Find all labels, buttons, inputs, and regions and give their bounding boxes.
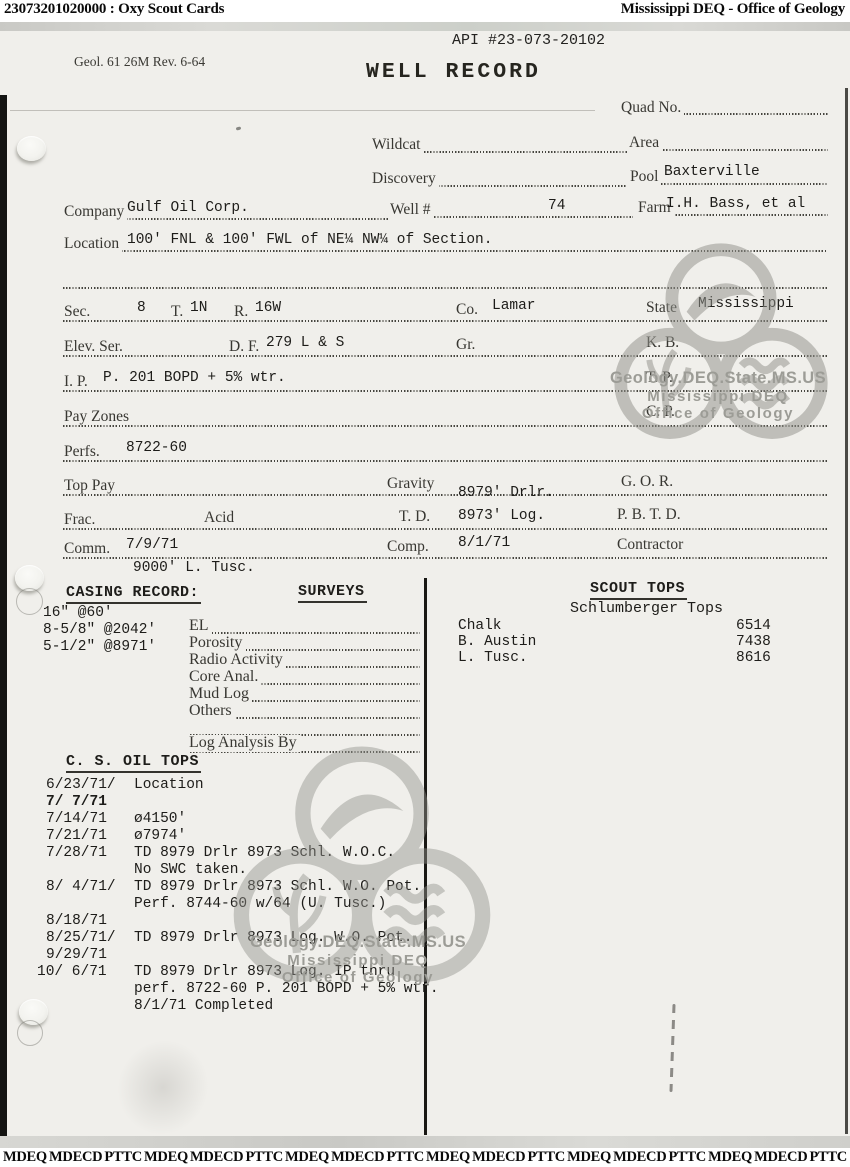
oil-top-text: TD 8979 Drlr 8973 Log. IP thru: [134, 965, 395, 980]
field-label-comm: Comm.: [63, 541, 113, 557]
dotted-line: [63, 557, 828, 559]
scan-band-top: [0, 22, 850, 31]
dotted-line: [424, 151, 627, 153]
field-value-perfs: 8722-60: [126, 441, 187, 456]
casing-entry: 8-5/8" @2042': [43, 623, 156, 638]
footer-token: MDEQ: [567, 1149, 611, 1167]
field-value-ip: P. 201 BOPD + 5% wtr.: [103, 371, 286, 386]
field-label-well-no: Well #: [389, 202, 434, 218]
api-number: API #23-073-20102: [452, 32, 605, 49]
field-value-location: 100' FNL & 100' FWL of NE¼ NW¼ of Sectio…: [127, 233, 492, 248]
footer-token: MDECD: [613, 1149, 666, 1167]
field-label-county: Co.: [455, 302, 481, 318]
survey-row-label: Radio Activity: [188, 652, 286, 669]
footer-token: PTTC: [810, 1149, 847, 1167]
field-label-tp: T. P.: [645, 370, 676, 386]
casing-entry: 16" @60': [43, 606, 113, 621]
footer-token: PTTC: [527, 1149, 564, 1167]
field-value-range: 16W: [255, 301, 281, 316]
dotted-line: [63, 390, 828, 392]
oil-top-date: 8/18/71: [46, 914, 107, 929]
scout-top-name: Chalk: [458, 619, 502, 634]
oil-top-date: 7/28/71: [46, 846, 107, 861]
footer-token: MDECD: [472, 1149, 525, 1167]
field-label-quad-no: Quad No.: [620, 100, 684, 116]
oil-top-date: 9/29/71: [46, 948, 107, 963]
footer-bar: MDEQ MDECD PTTC MDEQ MDECD PTTC MDEQ MDE…: [0, 1148, 850, 1167]
oil-top-text: Location: [134, 778, 204, 793]
dotted-line: [63, 287, 828, 289]
oil-top-date: 7/14/71: [46, 812, 107, 827]
footer-token: MDECD: [190, 1149, 243, 1167]
footer-token: MDEQ: [708, 1149, 752, 1167]
casing-entry: 5-1/2" @8971': [43, 640, 156, 655]
field-label-gor: G. O. R.: [620, 474, 676, 490]
field-label-pay-zones: Pay Zones: [63, 409, 132, 425]
field-value-company: Gulf Oil Corp.: [127, 201, 249, 216]
dotted-line: [63, 528, 828, 530]
field-value-farm: I.H. Bass, et al: [666, 197, 805, 212]
oil-top-text: TD 8979 Drlr 8973 Schl. W.O. Pot.: [134, 880, 421, 895]
field-value-comp: 8/1/71: [458, 536, 510, 551]
field-label-area: Area: [628, 135, 662, 151]
field-value-comm: 7/9/71: [126, 538, 178, 553]
scanned-well-record-page: 23073201020000 : Oxy Scout Cards Mississ…: [0, 0, 850, 1167]
scout-top-name: L. Tusc.: [458, 651, 528, 666]
field-label-discovery: Discovery: [371, 171, 439, 187]
field-label-company: Company: [63, 204, 127, 220]
dotted-line: [63, 355, 828, 357]
section-title-scout-tops: SCOUT TOPS: [590, 580, 687, 600]
dotted-line: [63, 494, 828, 496]
section-title-casing-record: CASING RECORD:: [66, 584, 201, 604]
header-bar: 23073201020000 : Oxy Scout Cards Mississ…: [0, 0, 850, 22]
dotted-line: [658, 183, 828, 185]
field-label-ip: I. P.: [63, 374, 91, 390]
oil-top-date: 10/ 6/71: [37, 965, 107, 980]
record-id-text: 23073201020000 : Oxy Scout Cards: [4, 1, 224, 18]
scan-edge-left: [0, 95, 7, 1136]
dotted-line: [660, 149, 828, 151]
field-label-top-pay: Top Pay: [63, 478, 118, 494]
header-source-text: Mississippi DEQ - Office of Geology: [621, 1, 845, 18]
footer-token: PTTC: [245, 1149, 282, 1167]
scan-artifact-line: [10, 110, 595, 111]
scout-top-depth: 7438: [736, 635, 771, 650]
punch-hole: [17, 136, 46, 161]
field-label-pbtd: P. B. T. D.: [616, 507, 684, 523]
dotted-line: [63, 320, 828, 322]
oil-top-date: 7/21/71: [46, 829, 107, 844]
footer-token: PTTC: [104, 1149, 141, 1167]
punch-hole-shadow-ring: [16, 588, 43, 615]
footer-token: PTTC: [668, 1149, 705, 1167]
survey-row-label: Core Anal.: [188, 669, 261, 686]
footer-token: MDECD: [331, 1149, 384, 1167]
field-label-gr: Gr.: [455, 337, 478, 353]
field-label-pool: Pool: [629, 169, 661, 185]
oil-top-text: TD 8979 Drlr 8973 Log. W.O. Pot.: [134, 931, 412, 946]
field-value-df: 279 L & S: [266, 336, 344, 351]
footer-token: PTTC: [386, 1149, 423, 1167]
field-label-cp: C. P.: [645, 404, 678, 420]
field-value-well-no: 74: [548, 199, 565, 214]
survey-row-label: Mud Log: [188, 686, 252, 703]
dotted-line: [63, 425, 828, 427]
field-label-df: D. F.: [228, 339, 262, 355]
field-value-td-log: 8973' Log.: [458, 509, 545, 524]
field-label-township: T.: [170, 304, 186, 320]
dotted-line: [668, 113, 828, 115]
footer-token: MDEQ: [426, 1149, 470, 1167]
page-title: WELL RECORD: [366, 60, 541, 84]
field-label-td: T. D.: [398, 509, 433, 525]
survey-row-label: Porosity: [188, 635, 245, 652]
scout-top-depth: 8616: [736, 651, 771, 666]
dotted-line: [63, 460, 828, 462]
oil-top-text: Perf. 8744-60 w/64 (U. Tusc.): [134, 897, 386, 912]
field-label-wildcat: Wildcat: [371, 137, 423, 153]
field-label-elev-ser: Elev. Ser.: [63, 339, 126, 355]
oil-top-date: 7/ 7/71: [46, 795, 107, 810]
dotted-line: [120, 218, 388, 220]
field-label-perfs: Perfs.: [63, 444, 103, 460]
survey-row-label: Others: [188, 703, 235, 720]
oil-top-text: ø7974': [134, 829, 186, 844]
scan-band-bottom: [0, 1136, 850, 1148]
field-label-range: R.: [233, 304, 251, 320]
scout-top-name: B. Austin: [458, 635, 536, 650]
field-label-acid: Acid: [203, 510, 237, 526]
scan-edge-right: [845, 88, 848, 1134]
field-label-sec: Sec.: [63, 304, 93, 320]
footer-token: MDEQ: [285, 1149, 329, 1167]
section-title-cs-oil-tops: C. S. OIL TOPS: [66, 753, 201, 773]
field-label-state: State: [645, 300, 680, 316]
survey-row-label: EL: [188, 618, 212, 635]
form-code: Geol. 61 26M Rev. 6-64: [74, 54, 205, 70]
field-value-pool: Baxterville: [664, 165, 760, 180]
column-divider-line: [424, 578, 427, 1135]
oil-top-date: 6/23/71/: [46, 778, 116, 793]
field-value-sec: 8: [137, 301, 146, 316]
survey-row-label: Log Analysis By: [188, 735, 300, 752]
oil-top-text: TD 8979 Drlr 8973 Schl. W.O.C.: [134, 846, 395, 861]
scout-tops-subtitle: Schlumberger Tops: [570, 601, 723, 617]
dotted-line: [428, 216, 633, 218]
footer-token: MDECD: [49, 1149, 102, 1167]
field-label-gravity: Gravity: [386, 476, 437, 492]
field-value-county: Lamar: [492, 299, 536, 314]
field-label-location: Location: [63, 236, 122, 252]
field-value-td-drlr: 8979' Drlr.: [458, 486, 554, 501]
field-value-state: Mississippi: [698, 297, 794, 312]
scout-top-depth: 6514: [736, 619, 771, 634]
field-note-comm: 9000' L. Tusc.: [133, 561, 255, 576]
oil-top-text: ø4150': [134, 812, 186, 827]
oil-top-text: 8/1/71 Completed: [134, 999, 273, 1014]
punch-hole-shadow-ring: [17, 1020, 43, 1046]
dotted-line: [660, 214, 828, 216]
dotted-line: [118, 250, 828, 252]
field-label-comp: Comp.: [386, 539, 432, 555]
field-label-frac: Frac.: [63, 512, 98, 528]
field-label-contractor: Contractor: [616, 537, 686, 553]
footer-token: MDEQ: [144, 1149, 188, 1167]
footer-token: MDEQ: [3, 1149, 47, 1167]
field-value-township: 1N: [190, 301, 207, 316]
section-title-surveys: SURVEYS: [298, 583, 367, 603]
field-label-kb: K. B.: [645, 335, 682, 351]
footer-token: MDECD: [754, 1149, 807, 1167]
oil-top-date: 8/25/71/: [46, 931, 116, 946]
oil-top-text: No SWC taken.: [134, 863, 247, 878]
oil-top-text: perf. 8722-60 P. 201 BOPD + 5% wtr.: [134, 982, 439, 997]
dotted-line: [432, 185, 627, 187]
oil-top-date: 8/ 4/71/: [46, 880, 116, 895]
